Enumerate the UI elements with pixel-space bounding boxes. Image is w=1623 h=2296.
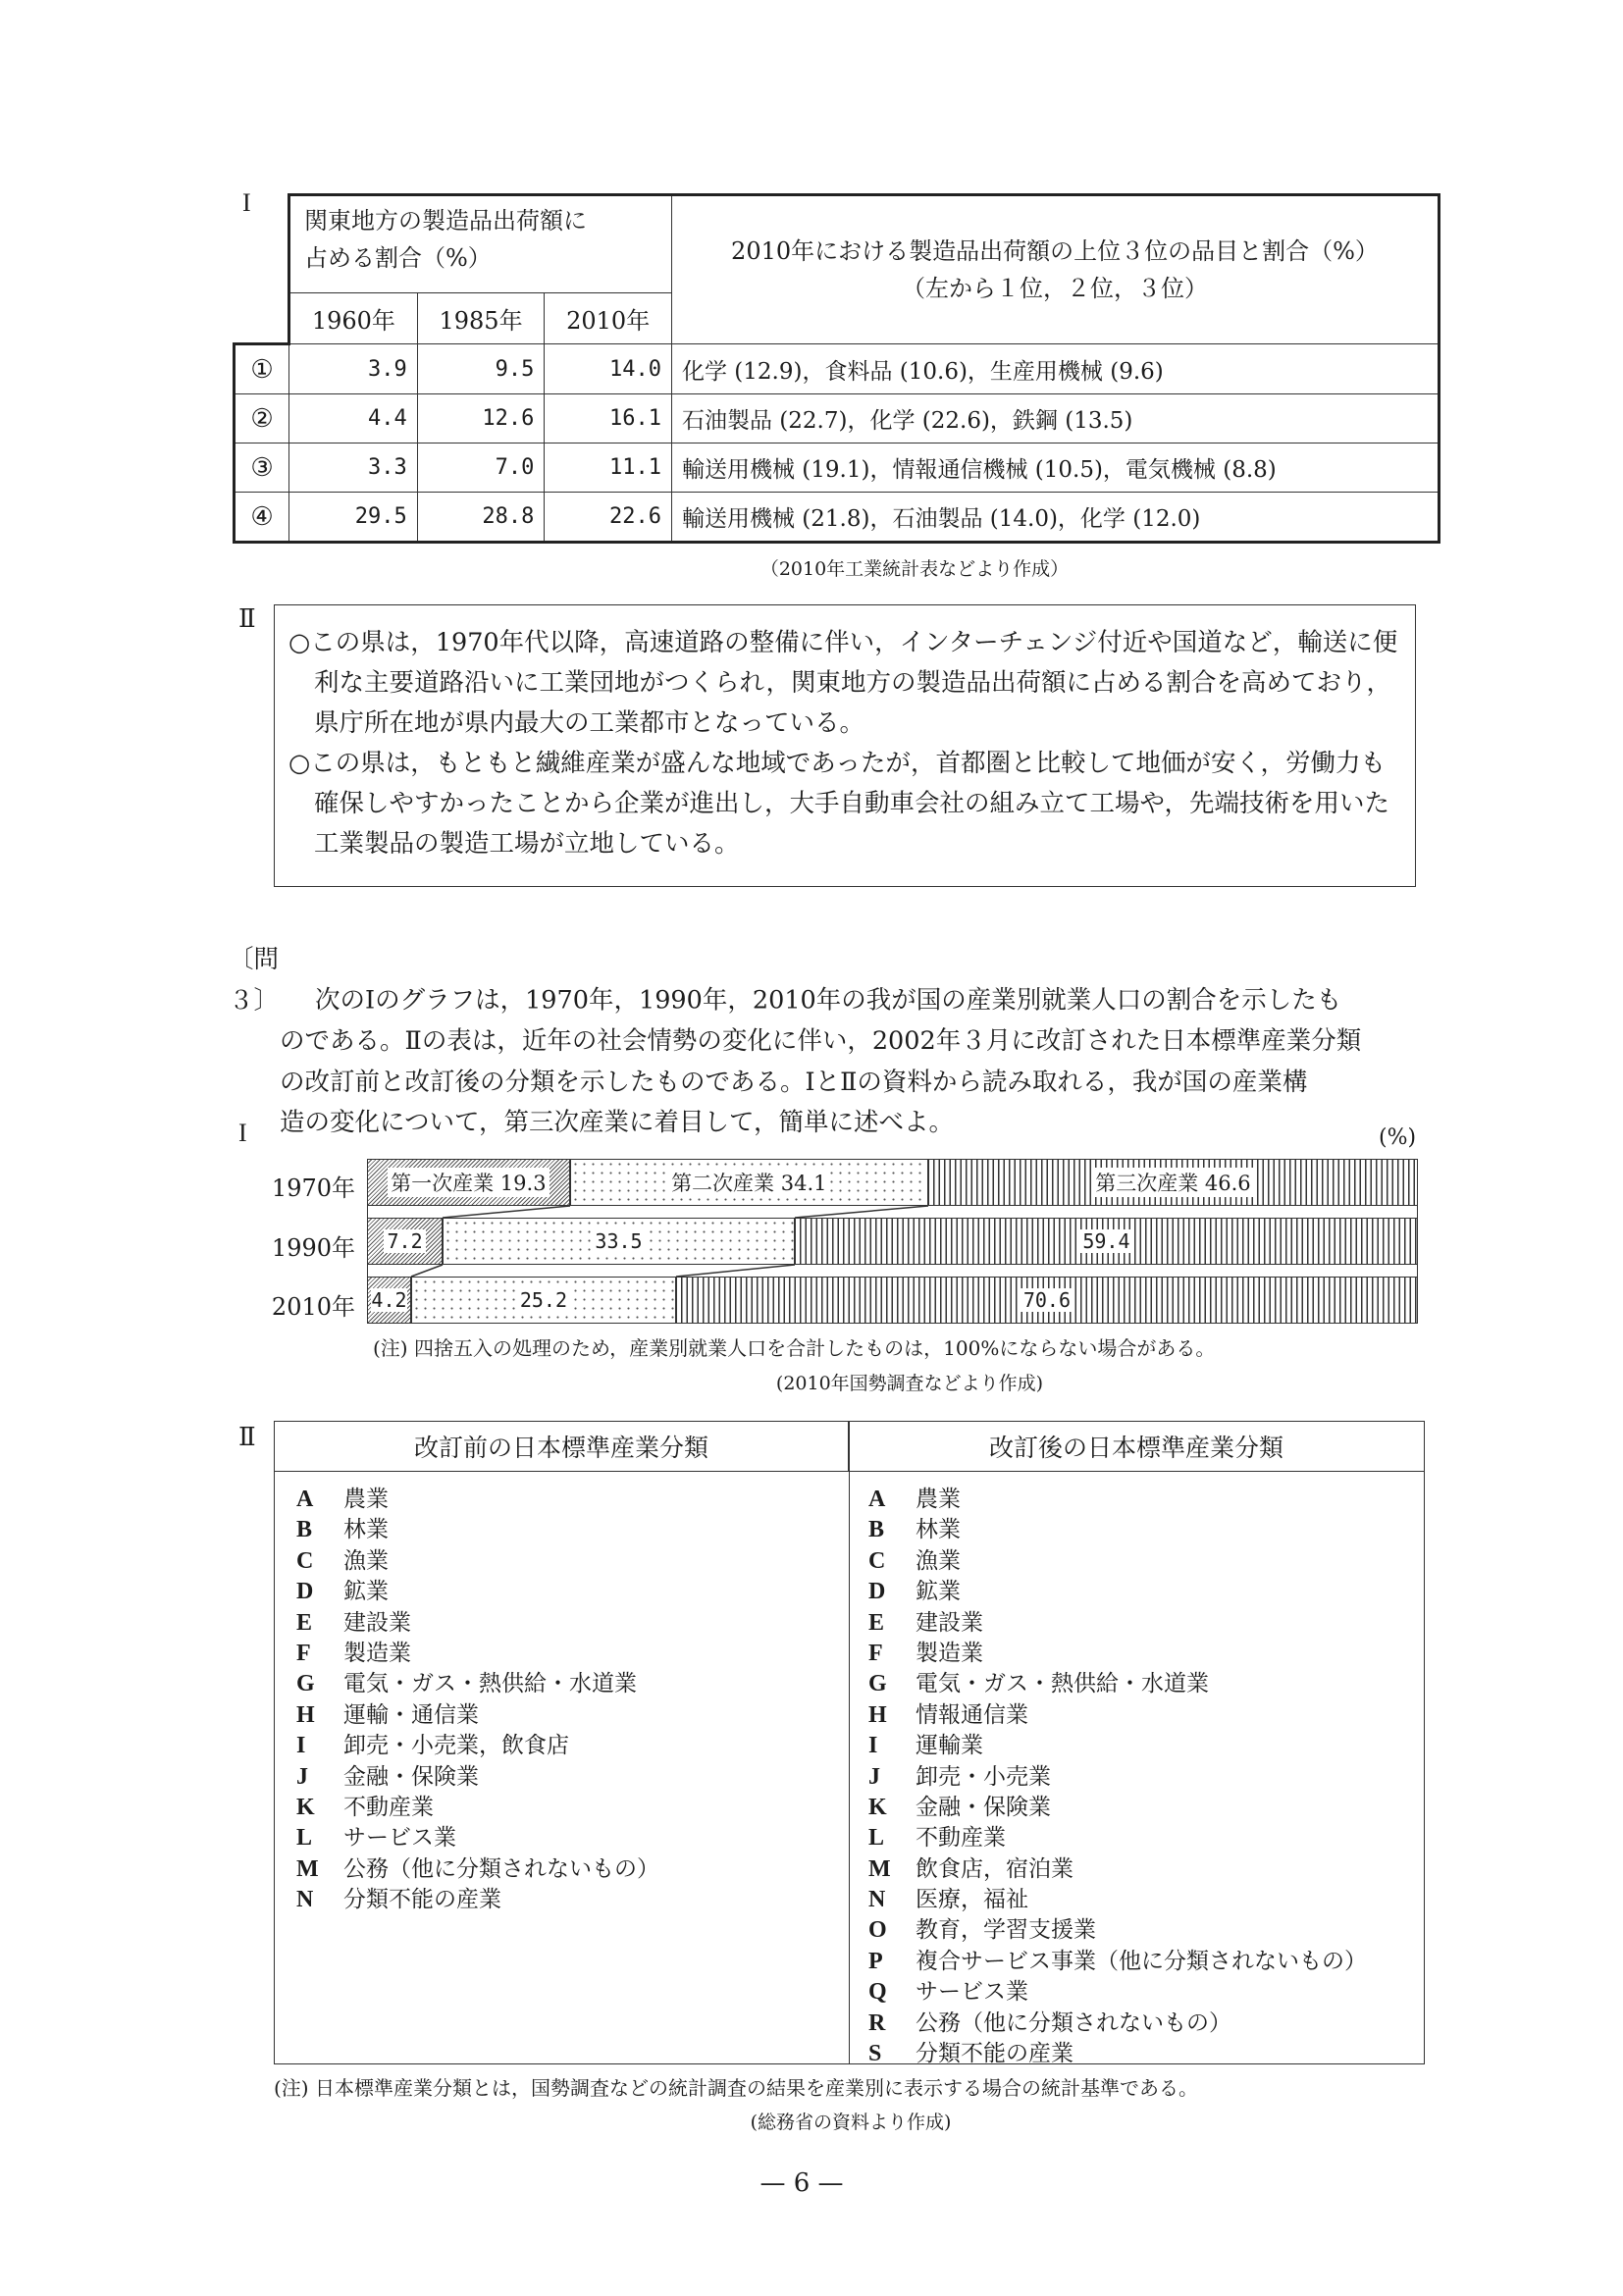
list-item: S分類不能の産業	[868, 2039, 1367, 2069]
table-label-II: Ⅱ	[238, 1423, 256, 1452]
classification-code: M	[868, 1854, 916, 1885]
value-2010: 11.1	[545, 444, 672, 493]
classification-code: C	[868, 1546, 916, 1577]
classification-code: K	[868, 1793, 916, 1823]
classification-code: F	[296, 1639, 343, 1669]
table-II-source: (総務省の資料より作成)	[0, 2108, 1623, 2134]
source-text: (総務省の資料より作成)	[751, 2108, 952, 2134]
table-row: ④ 29.5 28.8 22.6 輸送用機械 (21.8)，石油製品 (14.0…	[235, 493, 1440, 543]
classification-code: A	[296, 1485, 343, 1515]
after-revision-list: A農業B林業C漁業D鉱業E建設業F製造業G電気・ガス・熱供給・水道業H情報通信業…	[868, 1485, 1367, 2069]
header-share-line1: 関東地方の製造品出荷額に	[304, 202, 661, 239]
classification-name: 飲食店，宿泊業	[916, 1856, 1073, 1882]
classification-code: S	[868, 2039, 916, 2069]
header-share: 関東地方の製造品出荷額に 占める割合（%）	[289, 195, 672, 293]
list-item: B林業	[868, 1515, 1367, 1545]
value-1985: 28.8	[417, 493, 545, 543]
list-item: N分類不能の産業	[296, 1885, 659, 1915]
header-before-revision: 改訂前の日本標準産業分類	[275, 1422, 849, 1472]
industry-classification-table: 改訂前の日本標準産業分類 改訂後の日本標準産業分類 A農業B林業C漁業D鉱業E建…	[274, 1421, 1425, 2064]
row-number: ③	[235, 444, 289, 493]
classification-name: サービス業	[343, 1825, 456, 1851]
list-item: P複合サービス事業（他に分類されないもの）	[868, 1947, 1367, 1977]
source-note-I: （2010年工業統計表などより作成）	[0, 554, 1623, 581]
classification-code: R	[868, 2009, 916, 2039]
question-line-4: 造の変化について，第三次産業に着目して，簡単に述べよ。	[229, 1103, 1424, 1144]
classification-code: B	[868, 1515, 916, 1545]
row-number: ④	[235, 493, 289, 543]
classification-name: 電気・ガス・熱供給・水道業	[343, 1671, 637, 1696]
year-label-1970: 1970年	[267, 1169, 355, 1203]
description-paragraph-1: ○この県は，1970年代以降，高速道路の整備に伴い，インターチェンジ付近や国道な…	[288, 623, 1401, 744]
value-1960: 4.4	[289, 394, 418, 444]
classification-name: 電気・ガス・熱供給・水道業	[916, 1671, 1209, 1696]
classification-code: P	[868, 1947, 916, 1977]
classification-name: 金融・保険業	[916, 1795, 1051, 1820]
classification-code: J	[868, 1762, 916, 1793]
classification-name: 運輸業	[916, 1733, 983, 1758]
source-text: (2010年国勢調査などより作成)	[776, 1369, 1043, 1395]
classification-name: 運輸・通信業	[343, 1702, 479, 1728]
classification-code: E	[296, 1608, 343, 1639]
classification-code: B	[296, 1515, 343, 1545]
top-items: 輸送用機械 (19.1)，情報通信機械 (10.5)，電気機械 (8.8)	[672, 444, 1440, 493]
manufacturing-share-table: 関東地方の製造品出荷額に 占める割合（%） 2010年における製造品出荷額の上位…	[233, 193, 1440, 544]
prefecture-description-box: ○この県は，1970年代以降，高速道路の整備に伴い，インターチェンジ付近や国道な…	[274, 604, 1416, 887]
classification-code: C	[296, 1546, 343, 1577]
table-corner-blank	[235, 195, 289, 344]
table-row: ① 3.9 9.5 14.0 化学 (12.9)，食料品 (10.6)，生産用機…	[235, 344, 1440, 394]
list-item: Lサービス業	[296, 1823, 659, 1853]
header-after-revision: 改訂後の日本標準産業分類	[849, 1422, 1424, 1472]
classification-code: D	[868, 1577, 916, 1607]
list-item: K不動産業	[296, 1793, 659, 1823]
classification-code: Q	[868, 1977, 916, 2008]
list-item: H運輸・通信業	[296, 1700, 659, 1731]
list-item: A農業	[296, 1485, 659, 1515]
column-divider	[849, 1422, 850, 2063]
table-row: ③ 3.3 7.0 11.1 輸送用機械 (19.1)，情報通信機械 (10.5…	[235, 444, 1440, 493]
section-label-II: Ⅱ	[238, 604, 256, 634]
list-item: H情報通信業	[868, 1700, 1367, 1731]
classification-name: 林業	[343, 1517, 389, 1542]
classification-name: 鉱業	[343, 1579, 389, 1604]
value-1960: 3.3	[289, 444, 418, 493]
list-item: J卸売・小売業	[868, 1762, 1367, 1793]
value-2010: 14.0	[545, 344, 672, 394]
list-item: D鉱業	[296, 1577, 659, 1607]
classification-code: D	[296, 1577, 343, 1607]
list-item: N医療，福祉	[868, 1885, 1367, 1915]
bar-connector-lines	[367, 1159, 1418, 1327]
header-year-1960: 1960年	[289, 293, 418, 344]
classification-code: I	[296, 1731, 343, 1761]
header-year-1985: 1985年	[417, 293, 545, 344]
question-number: 〔問３〕	[229, 940, 315, 1021]
classification-name: 鉱業	[916, 1579, 961, 1604]
list-item: E建設業	[296, 1608, 659, 1639]
list-item: A農業	[868, 1485, 1367, 1515]
classification-name: 農業	[343, 1487, 389, 1512]
value-1985: 9.5	[417, 344, 545, 394]
classification-code: I	[868, 1731, 916, 1761]
classification-code: F	[868, 1639, 916, 1669]
header-share-line2: 占める割合（%）	[304, 239, 661, 277]
row-number: ②	[235, 394, 289, 444]
value-2010: 16.1	[545, 394, 672, 444]
list-item: L不動産業	[868, 1823, 1367, 1853]
list-item: J金融・保険業	[296, 1762, 659, 1793]
list-item: O教育，学習支援業	[868, 1915, 1367, 1946]
graph-note: (注) 四捨五入の処理のため，産業別就業人口を合計したものは，100%にならない…	[373, 1332, 1215, 1361]
source-text: （2010年工業統計表などより作成）	[760, 554, 1069, 581]
page-number-text: — 6 —	[759, 2168, 843, 2198]
unit-label: (%)	[1379, 1125, 1416, 1150]
top-items: 化学 (12.9)，食料品 (10.6)，生産用機械 (9.6)	[672, 344, 1440, 394]
classification-name: 分類不能の産業	[343, 1887, 501, 1912]
classification-code: H	[296, 1700, 343, 1731]
year-label-2010: 2010年	[267, 1287, 355, 1322]
classification-name: 金融・保険業	[343, 1764, 479, 1790]
classification-name: 漁業	[343, 1548, 389, 1574]
classification-name: 情報通信業	[916, 1702, 1028, 1728]
list-item: F製造業	[868, 1639, 1367, 1669]
classification-name: 建設業	[916, 1610, 983, 1636]
classification-name: 製造業	[343, 1641, 411, 1666]
before-revision-list: A農業B林業C漁業D鉱業E建設業F製造業G電気・ガス・熱供給・水道業H運輸・通信…	[296, 1485, 659, 1915]
question-line-3: の改訂前と改訂後の分類を示したものである。ⅠとⅡの資料から読み取れる，我が国の産…	[229, 1063, 1424, 1104]
classification-name: 複合サービス事業（他に分類されないもの）	[916, 1949, 1367, 1974]
list-item: E建設業	[868, 1608, 1367, 1639]
list-item: Qサービス業	[868, 1977, 1367, 2008]
classification-code: L	[868, 1823, 916, 1853]
list-item: R公務（他に分類されないもの）	[868, 2009, 1367, 2039]
classification-name: 公務（他に分類されないもの）	[343, 1856, 659, 1882]
classification-name: 教育，学習支援業	[916, 1917, 1096, 1943]
list-item: I運輸業	[868, 1731, 1367, 1761]
table-II-note: (注) 日本標準産業分類とは，国勢調査などの統計調査の結果を産業別に表示する場合…	[274, 2072, 1198, 2101]
year-label-1990: 1990年	[267, 1228, 355, 1263]
classification-code: L	[296, 1823, 343, 1853]
description-paragraph-2: ○この県は，もともと繊維産業が盛んな地域であったが，首都圏と比較して地価が安く，…	[288, 744, 1401, 864]
list-item: C漁業	[868, 1546, 1367, 1577]
classification-code: E	[868, 1608, 916, 1639]
classification-code: O	[868, 1915, 916, 1946]
classification-name: 公務（他に分類されないもの）	[916, 2010, 1231, 2036]
header-year-2010: 2010年	[545, 293, 672, 344]
classification-code: M	[296, 1854, 343, 1885]
top-items: 石油製品 (22.7)，化学 (22.6)，鉄鋼 (13.5)	[672, 394, 1440, 444]
classification-code: H	[868, 1700, 916, 1731]
value-1960: 29.5	[289, 493, 418, 543]
table-row: ② 4.4 12.6 16.1 石油製品 (22.7)，化学 (22.6)，鉄鋼…	[235, 394, 1440, 444]
row-number: ①	[235, 344, 289, 394]
classification-name: 卸売・小売業	[916, 1764, 1051, 1790]
classification-name: 製造業	[916, 1641, 983, 1666]
value-1985: 7.0	[417, 444, 545, 493]
classification-name: 林業	[916, 1517, 961, 1542]
header-top-items: 2010年における製造品出荷額の上位３位の品目と割合（%） （左から１位，２位，…	[672, 195, 1440, 344]
graph-label-I: I	[238, 1119, 247, 1148]
value-2010: 22.6	[545, 493, 672, 543]
list-item: C漁業	[296, 1546, 659, 1577]
value-1985: 12.6	[417, 394, 545, 444]
list-item: I卸売・小売業，飲食店	[296, 1731, 659, 1761]
header-items-line1: 2010年における製造品出荷額の上位３位の品目と割合（%）	[672, 233, 1438, 270]
question-3: 〔問３〕次のⅠのグラフは，1970年，1990年，2010年の我が国の産業別就業…	[229, 940, 1424, 1144]
classification-code: N	[868, 1885, 916, 1915]
classification-name: 建設業	[343, 1610, 411, 1636]
classification-code: A	[868, 1485, 916, 1515]
classification-code: N	[296, 1885, 343, 1915]
value-1960: 3.9	[289, 344, 418, 394]
list-item: G電気・ガス・熱供給・水道業	[868, 1669, 1367, 1699]
classification-name: 分類不能の産業	[916, 2041, 1073, 2066]
question-line-2: のである。Ⅱの表は，近年の社会情勢の変化に伴い，2002年３月に改訂された日本標…	[229, 1021, 1424, 1063]
question-line-1: 次のⅠのグラフは，1970年，1990年，2010年の我が国の産業別就業人口の割…	[315, 986, 1341, 1016]
classification-code: G	[296, 1669, 343, 1699]
classification-name: 農業	[916, 1487, 961, 1512]
classification-code: K	[296, 1793, 343, 1823]
list-item: M飲食店，宿泊業	[868, 1854, 1367, 1885]
header-items-line2: （左から１位，２位，３位）	[672, 270, 1438, 307]
top-items: 輸送用機械 (21.8)，石油製品 (14.0)，化学 (12.0)	[672, 493, 1440, 543]
classification-code: J	[296, 1762, 343, 1793]
classification-name: 漁業	[916, 1548, 961, 1574]
classification-name: 医療，福祉	[916, 1887, 1028, 1912]
classification-name: 不動産業	[343, 1795, 434, 1820]
page-number: — 6 —	[0, 2168, 1623, 2198]
list-item: B林業	[296, 1515, 659, 1545]
classification-name: 不動産業	[916, 1825, 1006, 1851]
classification-name: 卸売・小売業，飲食店	[343, 1733, 569, 1758]
list-item: G電気・ガス・熱供給・水道業	[296, 1669, 659, 1699]
list-item: D鉱業	[868, 1577, 1367, 1607]
list-item: M公務（他に分類されないもの）	[296, 1854, 659, 1885]
graph-source: (2010年国勢調査などより作成)	[0, 1369, 1623, 1395]
list-item: F製造業	[296, 1639, 659, 1669]
list-item: K金融・保険業	[868, 1793, 1367, 1823]
classification-name: サービス業	[916, 1979, 1028, 2005]
classification-code: G	[868, 1669, 916, 1699]
